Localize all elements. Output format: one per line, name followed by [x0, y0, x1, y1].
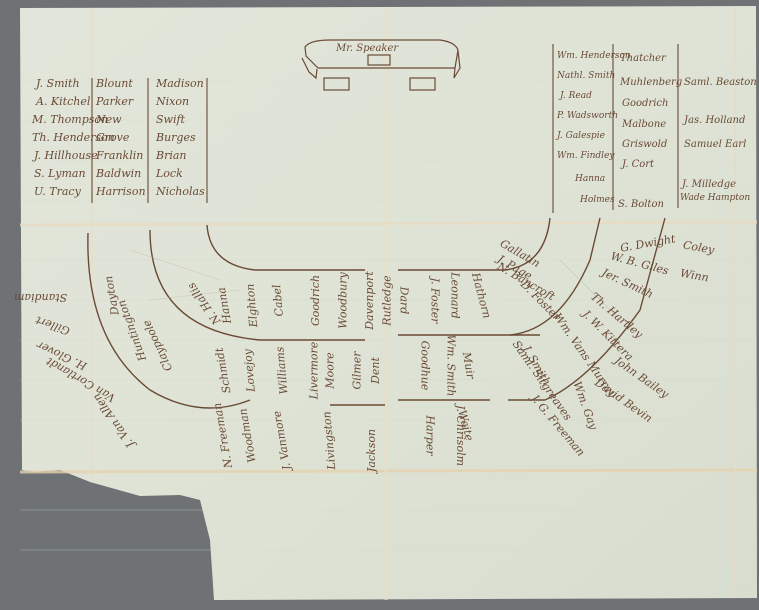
member-name: Moore [325, 352, 336, 388]
member-name: J. Read [560, 92, 592, 101]
member-name: Wm. Smith [445, 335, 456, 397]
member-name: Goodhue [419, 341, 430, 391]
member-name: U. Tracy [34, 186, 81, 197]
member-name: Samuel Earl [684, 140, 746, 150]
member-name: Wm. Findley [557, 152, 614, 161]
speaker-label: Mr. Speaker [336, 44, 398, 54]
member-name: Lovejoy [242, 349, 257, 393]
member-name: J. Milledge [682, 180, 736, 190]
member-name: Dard [398, 287, 409, 315]
member-name: J. Foster [430, 277, 441, 323]
member-name: Burges [156, 132, 196, 143]
member-name: Harper [425, 415, 436, 455]
member-name: Leonard [450, 272, 461, 318]
member-name: Muhlenberg [620, 78, 682, 88]
member-name: New [96, 114, 122, 125]
member-name: Nathl. Smith [557, 72, 615, 81]
member-name: Hanna [575, 175, 605, 184]
member-name: Nicholas [156, 186, 205, 197]
member-name: Brian [156, 150, 187, 161]
member-name: Elghton [245, 283, 260, 328]
member-name: Livermore [308, 342, 319, 400]
member-name: A. Kitchel [36, 96, 90, 107]
member-name: Madison [156, 78, 204, 89]
member-name: Goodrich [310, 275, 321, 326]
member-name: Nixon [156, 96, 189, 107]
member-name: Griswold [622, 140, 667, 150]
member-name: P. Wadsworth [557, 112, 618, 121]
member-name: Malbone [622, 120, 666, 130]
member-name: J. Hillhouse [34, 150, 98, 161]
member-name: S. Lyman [34, 168, 86, 179]
member-name: Rutledge [382, 275, 393, 325]
member-name: Saml. Beaston [684, 78, 757, 88]
member-name: Baldwin [96, 168, 141, 179]
member-name: Jas. Holland [684, 116, 745, 126]
member-name: Davenport [364, 271, 375, 330]
member-name: Blount [96, 78, 133, 89]
member-name: Gilmer [352, 351, 363, 389]
member-name: Jackson [366, 429, 377, 472]
member-name: Franklin [96, 150, 143, 161]
member-name: Parker [96, 96, 133, 107]
member-name: Lock [156, 168, 183, 179]
member-name: Thatcher [620, 54, 666, 64]
member-name: Grove [96, 132, 129, 143]
member-name: J. Cort [622, 160, 654, 170]
member-name: Harrison [96, 186, 146, 197]
member-name: Woodbury [338, 272, 349, 328]
member-name: Cabel [271, 284, 285, 317]
member-name: Standiam [14, 292, 67, 303]
member-name: Dent [370, 357, 381, 384]
member-name: J. Smith [36, 78, 80, 89]
member-name: S. Bolton [618, 200, 664, 210]
member-name: Swift [156, 114, 185, 125]
member-name: Goodrich [622, 99, 668, 109]
member-name: J. Galespie [557, 132, 605, 141]
member-name: Holmes [580, 196, 615, 205]
member-name: Wade Hampton [680, 194, 750, 203]
